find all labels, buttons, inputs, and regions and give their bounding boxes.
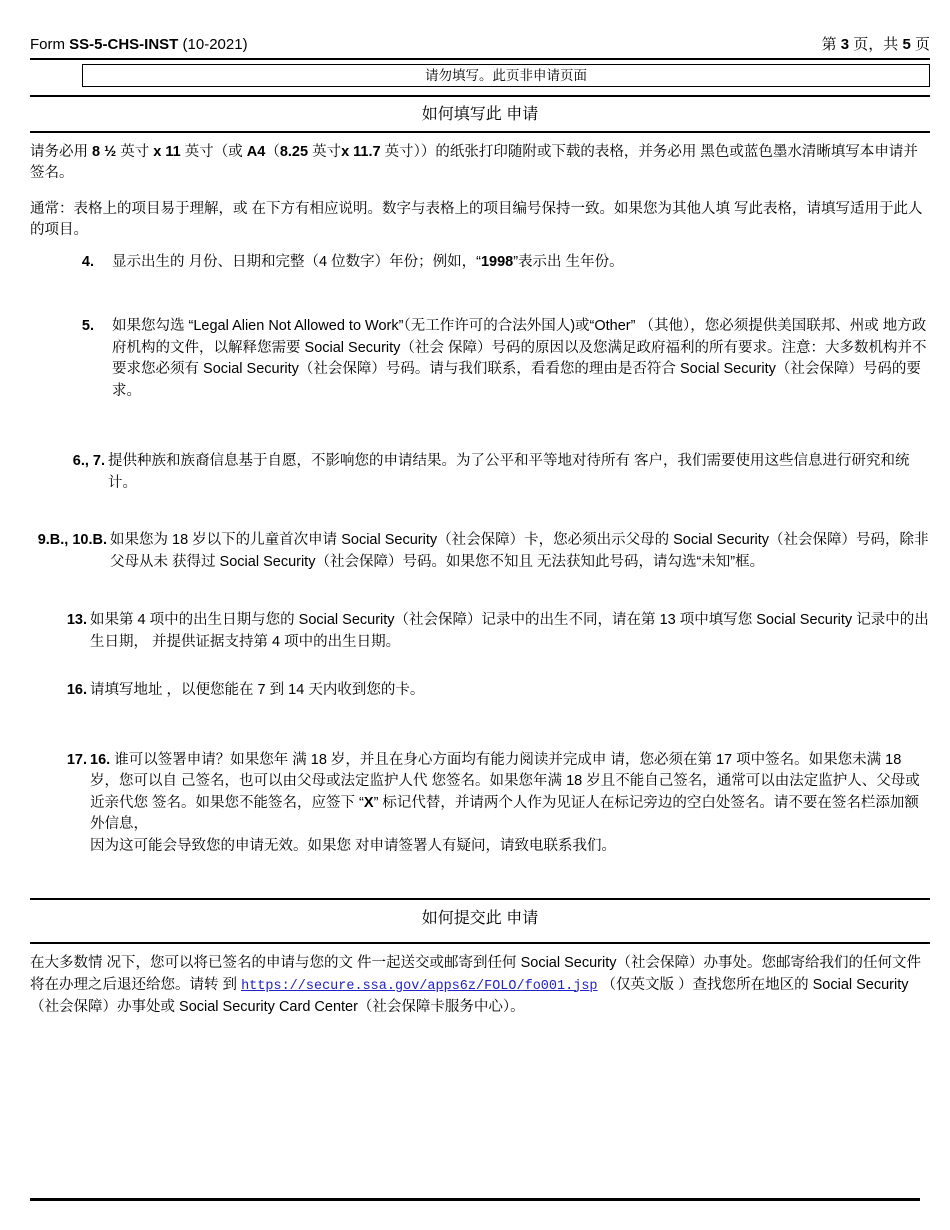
item-number: 16. [30,680,87,702]
general-instruction-paragraph: 通常：表格上的项目易于理解，或 在下方有相应说明。数字与表格上的项目编号保持一致… [30,199,930,242]
notice-divider [30,95,930,97]
text-segment: X [364,795,374,811]
submission-instruction-paragraph: 在大多数情 况下，您可以将已签名的申请与您的文 件一起送交或邮寄到任何 Soci… [30,953,930,1019]
instruction-item-4: 4. 显示出生的 月份、日期和完整（4 位数字）年份；例如，“1998”表示出 … [30,252,930,274]
text-segment: 如果您为 18 岁以下的儿童首次申请 Social Security（社会保障）… [110,532,929,570]
form-instruction-page: Form SS-5-CHS-INST (10-2021) 第 3 页，共 5 页… [0,0,950,1230]
text-segment: 如果您勾选 “Legal Alien Not Allowed to Work”（… [112,318,926,399]
ssa-office-locator-link[interactable]: https://secure.ssa.gov/apps6z/FOLO/fo001… [241,979,597,994]
instruction-item-5: 5. 如果您勾选 “Legal Alien Not Allowed to Wor… [30,316,930,402]
text-segment: 英寸 [308,144,341,160]
item-number: 17. [30,750,87,858]
text-segment: 如果第 4 项中的出生日期与您的 Social Security（社会保障）记录… [90,612,929,650]
text-segment: 页，共 [849,36,902,53]
page-indicator: 第 3 页，共 5 页 [822,36,930,54]
item-number: 9.B., 10.B. [30,530,107,573]
header-divider [30,58,930,60]
text-segment: A4 [247,144,266,160]
form-id: Form SS-5-CHS-INST (10-2021) [30,36,248,54]
text-segment: 英寸（或 [181,144,247,160]
item-text: 16. 谁可以签署申请？如果您年 满 18 岁，并且在身心方面均有能力阅读并完成… [90,750,930,858]
page-content: Form SS-5-CHS-INST (10-2021) 第 3 页，共 5 页… [0,0,950,1019]
text-segment: 第 [822,36,841,53]
item-text: 如果您勾选 “Legal Alien Not Allowed to Work”（… [112,316,930,402]
text-segment: 提供种族和族裔信息基于自愿，不影响您的申请结果。为了公平和平等地对待所有 客户，… [108,453,910,491]
item-number: 4. [30,252,94,274]
text-segment: 1998 [481,254,513,270]
text-segment: x 11.7 [341,144,381,160]
total-page-number: 5 [902,36,910,53]
item-number: 5. [30,316,94,402]
do-not-fill-notice-text: 请勿填写。此页非申请页面 [425,68,587,83]
paper-size-instruction-paragraph: 请务必用 8 ½ 英寸 x 11 英寸（或 A4（8.25 英寸x 11.7 英… [30,142,930,185]
form-label: Form [30,36,69,53]
section-title-divider [30,131,930,133]
text-segment: 显示出生的 月份、日期和完整（4 位数字）年份；例如，“ [112,254,481,270]
item-number: 13. [30,610,87,653]
page-header: Form SS-5-CHS-INST (10-2021) 第 3 页，共 5 页 [30,36,930,54]
text-segment: 8.25 [280,144,308,160]
item-text: 显示出生的 月份、日期和完整（4 位数字）年份；例如，“1998”表示出 生年份… [112,252,930,274]
do-not-fill-notice-box: 请勿填写。此页非申请页面 [82,64,930,87]
text-segment: （ [265,144,280,160]
instruction-item-9b-10b: 9.B., 10.B. 如果您为 18 岁以下的儿童首次申请 Social Se… [30,530,930,573]
text-segment: 页 [911,36,930,53]
text-segment: x 11 [153,144,180,160]
section-title-how-to-complete: 如何填写此 申请 [30,106,930,124]
text-segment: ”表示出 生年份。 [513,254,623,270]
form-number: SS-5-CHS-INST [69,36,178,53]
text-segment: 英寸 [116,144,153,160]
section-title-how-to-submit: 如何提交此 申请 [30,910,930,928]
item-text: 提供种族和族裔信息基于自愿，不影响您的申请结果。为了公平和平等地对待所有 客户，… [108,451,930,494]
section2-title-divider [30,942,930,944]
text-segment: 因为这可能会导致您的申请无效。如果您 对申请签署人有疑问，请致电联系我们。 [90,838,616,854]
instruction-item-13: 13. 如果第 4 项中的出生日期与您的 Social Security（社会保… [30,610,930,653]
item-text: 如果您为 18 岁以下的儿童首次申请 Social Security（社会保障）… [110,530,930,573]
item-text: 如果第 4 项中的出生日期与您的 Social Security（社会保障）记录… [90,610,930,653]
item-text: 请填写地址 ，以便您能在 7 到 14 天内收到您的卡。 [90,680,930,702]
instruction-item-16: 16. 请填写地址 ，以便您能在 7 到 14 天内收到您的卡。 [30,680,930,702]
text-segment: 请务必用 [30,144,92,160]
instruction-item-17: 17. 16. 谁可以签署申请？如果您年 满 18 岁，并且在身心方面均有能力阅… [30,750,930,858]
text-segment: 16. [90,752,110,768]
text-segment: 8 ½ [92,144,116,160]
instruction-item-6-7: 6., 7. 提供种族和族裔信息基于自愿，不影响您的申请结果。为了公平和平等地对… [30,451,930,494]
current-page-number: 3 [841,36,849,53]
page-footer-rule [30,1198,920,1201]
section2-top-divider [30,898,930,900]
text-segment: 请填写地址 ，以便您能在 7 到 14 天内收到您的卡。 [90,682,424,698]
form-revision-date: (10-2021) [178,36,247,53]
item-number: 6., 7. [30,451,105,494]
